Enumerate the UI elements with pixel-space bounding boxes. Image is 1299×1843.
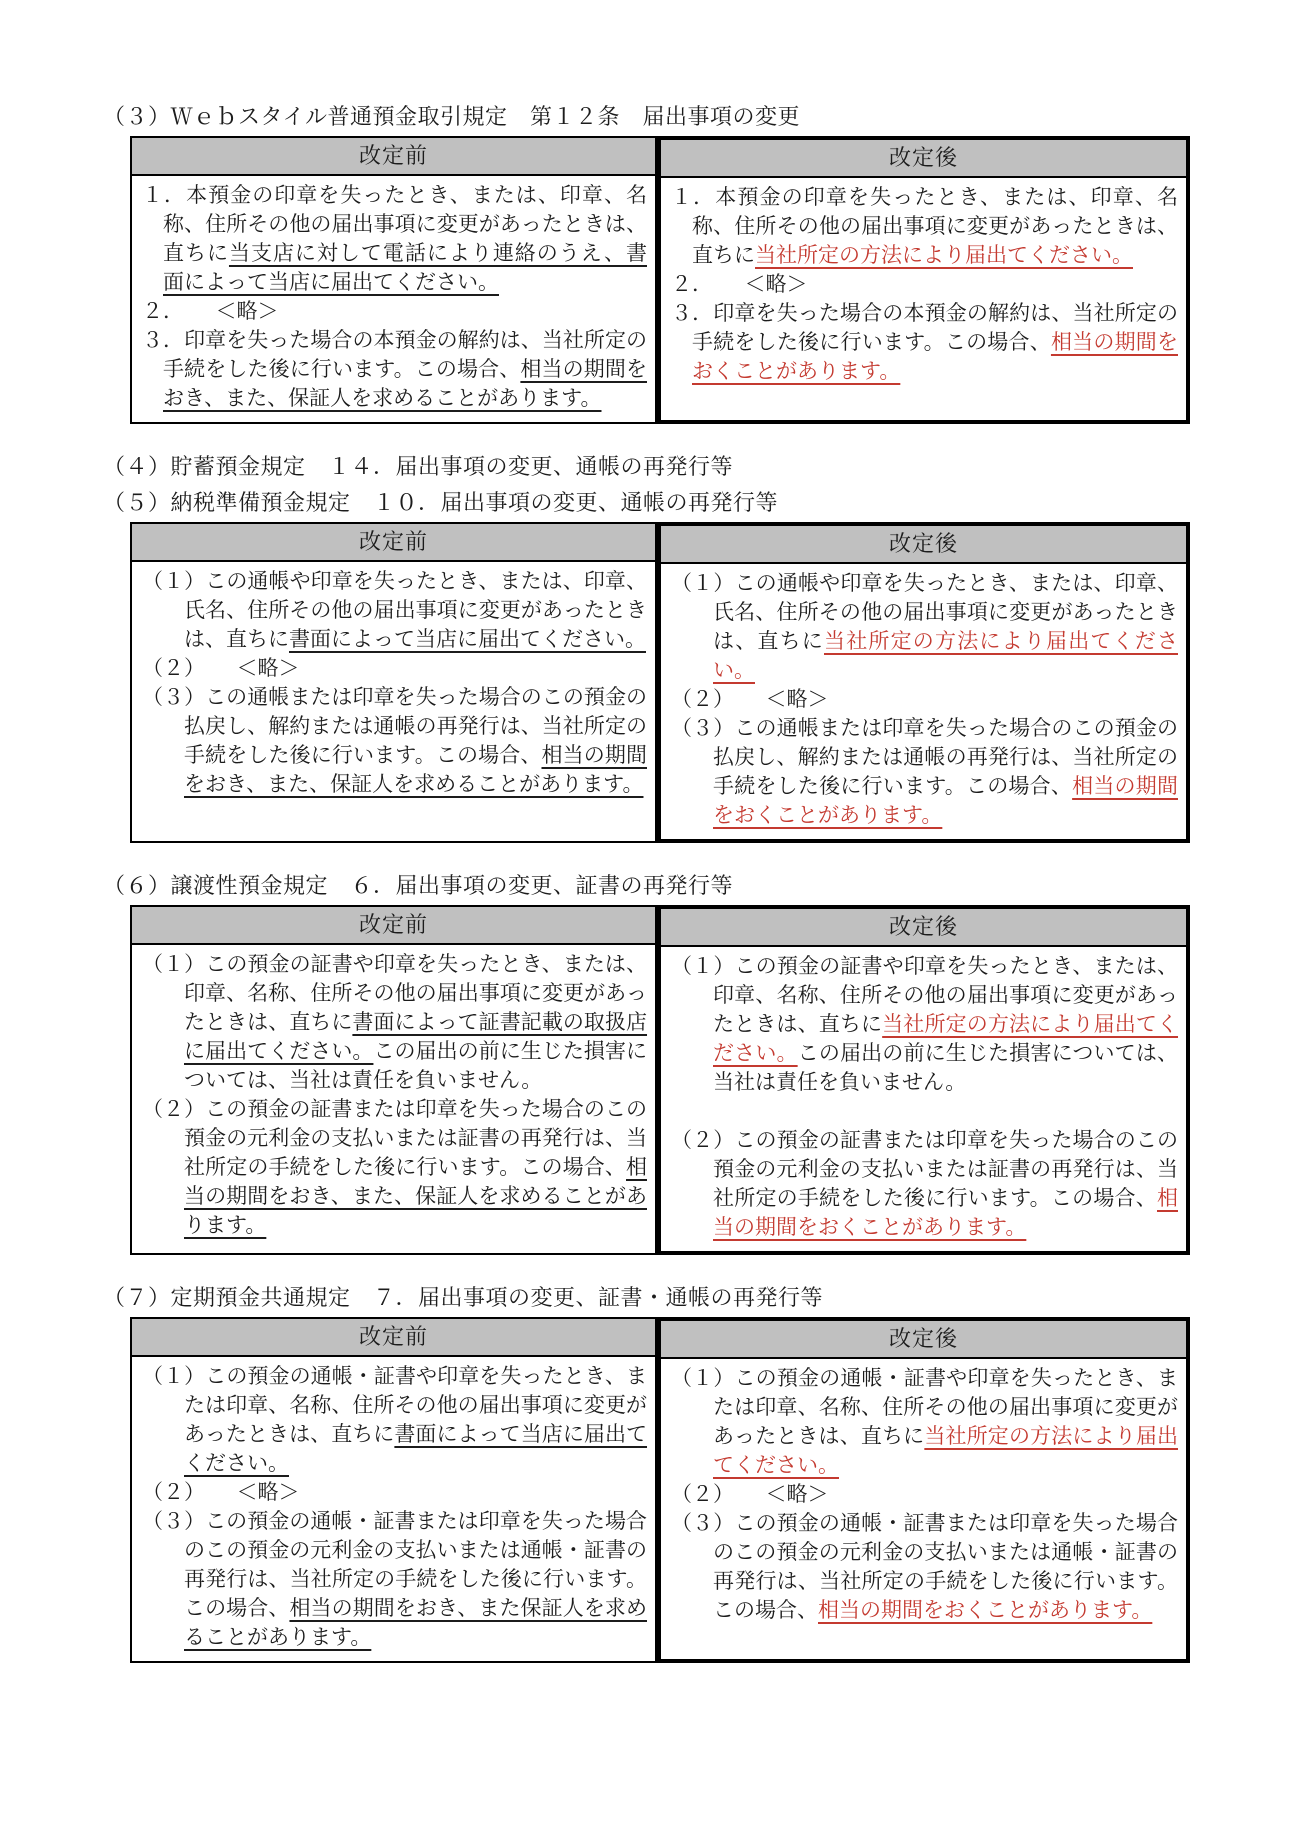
document-page: （３）Ｗｅｂスタイル普通預金取引規定 第１２条 届出事項の変更改定前１．本預金の… bbox=[0, 0, 1299, 1663]
column-body-before: １．本預金の印章を失ったとき、または、印章、名称、住所その他の届出事項に変更があ… bbox=[132, 176, 655, 422]
item-number: （２） bbox=[142, 656, 195, 680]
item-number: （１） bbox=[142, 1364, 205, 1388]
revised-text: 相当の期間をおくことがあります。 bbox=[818, 1598, 1152, 1622]
column-after: 改定後１．本預金の印章を失ったとき、または、印章、名称、住所その他の届出事項に変… bbox=[657, 136, 1190, 424]
plain-text: この預金の証書または印章を失った場合のこの預金の元利金の支払いまたは証書の再発行… bbox=[713, 1128, 1178, 1210]
revision-item: （２） ＜略＞ bbox=[671, 685, 1178, 714]
column-body-after: １．本預金の印章を失ったとき、または、印章、名称、住所その他の届出事項に変更があ… bbox=[661, 178, 1186, 395]
original-underlined-text: 当支店に対して電話により連絡のうえ、書面によって当店に届出てください。 bbox=[163, 241, 647, 294]
column-after: 改定後（１）この預金の証書や印章を失ったとき、または、印章、名称、住所その他の届… bbox=[657, 905, 1190, 1255]
item-number: （１） bbox=[671, 571, 735, 595]
revised-text: 当社所定の方法により届出てください。 bbox=[755, 243, 1133, 267]
revision-item: （３）この通帳または印章を失った場合のこの預金の払戻し、解約または通帳の再発行は… bbox=[142, 683, 647, 799]
column-body-after: （１）この通帳や印章を失ったとき、または、印章、氏名、住所その他の届出事項に変更… bbox=[661, 564, 1186, 839]
revision-item: （１）この預金の通帳・証書や印章を失ったとき、または印章、名称、住所その他の届出… bbox=[671, 1364, 1178, 1480]
section-heading: （７）定期預金共通規定 ７．届出事項の変更、証書・通帳の再発行等 bbox=[103, 1281, 1239, 1314]
column-header-after: 改定後 bbox=[661, 140, 1186, 178]
column-header-before: 改定前 bbox=[132, 1319, 655, 1357]
plain-text: この預金の証書または印章を失った場合のこの預金の元利金の支払いまたは証書の再発行… bbox=[184, 1097, 647, 1179]
item-number: （１） bbox=[671, 954, 735, 978]
column-before: 改定前（１）この通帳や印章を失ったとき、または、印章、氏名、住所その他の届出事項… bbox=[130, 522, 657, 843]
revision-item: （３）この通帳または印章を失った場合のこの預金の払戻し、解約または通帳の再発行は… bbox=[671, 714, 1178, 830]
item-number: （３） bbox=[142, 1509, 205, 1533]
revision-item: １．本預金の印章を失ったとき、または、印章、名称、住所その他の届出事項に変更があ… bbox=[671, 183, 1178, 270]
column-header-after: 改定後 bbox=[661, 909, 1186, 947]
column-before: 改定前（１）この預金の通帳・証書や印章を失ったとき、または印章、名称、住所その他… bbox=[130, 1317, 657, 1663]
revision-item: （２）この預金の証書または印章を失った場合のこの預金の元利金の支払いまたは証書の… bbox=[142, 1095, 647, 1240]
revision-item: ３．印章を失った場合の本預金の解約は、当社所定の手続をした後に行います。この場合… bbox=[142, 326, 647, 413]
document-body: （３）Ｗｅｂスタイル普通預金取引規定 第１２条 届出事項の変更改定前１．本預金の… bbox=[0, 100, 1299, 1663]
column-body-before: （１）この通帳や印章を失ったとき、または、印章、氏名、住所その他の届出事項に変更… bbox=[132, 562, 655, 808]
plain-text: ＜略＞ bbox=[195, 656, 300, 680]
column-header-before: 改定前 bbox=[132, 138, 655, 176]
item-number: （３） bbox=[142, 685, 205, 709]
revision-table: 改定前（１）この預金の証書や印章を失ったとき、または、印章、名称、住所その他の届… bbox=[130, 905, 1190, 1255]
item-number: （２） bbox=[671, 1482, 724, 1506]
revision-item: ２． ＜略＞ bbox=[142, 297, 647, 326]
revision-item: （１）この預金の証書や印章を失ったとき、または、印章、名称、住所その他の届出事項… bbox=[671, 952, 1178, 1097]
revision-item: （１）この預金の通帳・証書や印章を失ったとき、または印章、名称、住所その他の届出… bbox=[142, 1362, 647, 1478]
revision-item: （２）この預金の証書または印章を失った場合のこの預金の元利金の支払いまたは証書の… bbox=[671, 1126, 1178, 1242]
column-before: 改定前１．本預金の印章を失ったとき、または、印章、名称、住所その他の届出事項に変… bbox=[130, 136, 657, 424]
column-header-before: 改定前 bbox=[132, 524, 655, 562]
revision-item: （１）この通帳や印章を失ったとき、または、印章、氏名、住所その他の届出事項に変更… bbox=[142, 567, 647, 654]
column-body-after: （１）この預金の証書や印章を失ったとき、または、印章、名称、住所その他の届出事項… bbox=[661, 947, 1186, 1251]
revision-item: （３）この預金の通帳・証書または印章を失った場合のこの預金の元利金の支払いまたは… bbox=[671, 1509, 1178, 1625]
original-underlined-text: 書面によって当店に届出てください。 bbox=[289, 627, 646, 651]
plain-text: ＜略＞ bbox=[174, 299, 279, 323]
column-header-after: 改定後 bbox=[661, 1321, 1186, 1359]
column-body-after: （１）この預金の通帳・証書や印章を失ったとき、または印章、名称、住所その他の届出… bbox=[661, 1359, 1186, 1634]
revision-table: 改定前１．本預金の印章を失ったとき、または、印章、名称、住所その他の届出事項に変… bbox=[130, 136, 1190, 424]
item-number: １． bbox=[671, 185, 715, 209]
item-number: （３） bbox=[671, 716, 734, 740]
revision-item: （１）この通帳や印章を失ったとき、または、印章、氏名、住所その他の届出事項に変更… bbox=[671, 569, 1178, 685]
item-number: （２） bbox=[671, 1128, 734, 1152]
item-number: （１） bbox=[142, 952, 205, 976]
column-header-after: 改定後 bbox=[661, 526, 1186, 564]
section-heading: （６）譲渡性預金規定 ６．届出事項の変更、証書の再発行等 bbox=[103, 869, 1239, 902]
revision-item: （３）この預金の通帳・証書または印章を失った場合のこの預金の元利金の支払いまたは… bbox=[142, 1507, 647, 1652]
column-after: 改定後（１）この預金の通帳・証書や印章を失ったとき、または印章、名称、住所その他… bbox=[657, 1317, 1190, 1663]
item-number: （２） bbox=[142, 1097, 205, 1121]
revision-table: 改定前（１）この預金の通帳・証書や印章を失ったとき、または印章、名称、住所その他… bbox=[130, 1317, 1190, 1663]
item-number: （１） bbox=[142, 569, 205, 593]
section-heading: （４）貯蓄預金規定 １４．届出事項の変更、通帳の再発行等 bbox=[103, 450, 1239, 483]
revision-table: 改定前（１）この通帳や印章を失ったとき、または、印章、氏名、住所その他の届出事項… bbox=[130, 522, 1190, 843]
item-number: ２． bbox=[142, 299, 174, 323]
section-heading: （３）Ｗｅｂスタイル普通預金取引規定 第１２条 届出事項の変更 bbox=[103, 100, 1239, 133]
column-before: 改定前（１）この預金の証書や印章を失ったとき、または、印章、名称、住所その他の届… bbox=[130, 905, 657, 1255]
revision-item: ３．印章を失った場合の本預金の解約は、当社所定の手続をした後に行います。この場合… bbox=[671, 299, 1178, 386]
item-number: （２） bbox=[671, 687, 724, 711]
column-body-before: （１）この預金の通帳・証書や印章を失ったとき、または印章、名称、住所その他の届出… bbox=[132, 1357, 655, 1661]
plain-text: ＜略＞ bbox=[724, 1482, 829, 1506]
revision-item: （２） ＜略＞ bbox=[142, 1478, 647, 1507]
column-after: 改定後（１）この通帳や印章を失ったとき、または、印章、氏名、住所その他の届出事項… bbox=[657, 522, 1190, 843]
plain-text: ＜略＞ bbox=[195, 1480, 300, 1504]
revision-item: １．本預金の印章を失ったとき、または、印章、名称、住所その他の届出事項に変更があ… bbox=[142, 181, 647, 297]
revision-item: （１）この預金の証書や印章を失ったとき、または、印章、名称、住所その他の届出事項… bbox=[142, 950, 647, 1095]
plain-text: ＜略＞ bbox=[724, 687, 829, 711]
item-number: １． bbox=[142, 183, 186, 207]
item-number: ３． bbox=[142, 328, 184, 352]
item-number: ２． bbox=[671, 272, 703, 296]
column-body-before: （１）この預金の証書や印章を失ったとき、または、印章、名称、住所その他の届出事項… bbox=[132, 945, 655, 1249]
revision-item: （２） ＜略＞ bbox=[671, 1480, 1178, 1509]
item-number: ３． bbox=[671, 301, 713, 325]
item-number: （１） bbox=[671, 1366, 735, 1390]
item-number: （２） bbox=[142, 1480, 195, 1504]
column-header-before: 改定前 bbox=[132, 907, 655, 945]
item-number: （３） bbox=[671, 1511, 734, 1535]
revision-item: ２． ＜略＞ bbox=[671, 270, 1178, 299]
section-heading: （５）納税準備預金規定 １０．届出事項の変更、通帳の再発行等 bbox=[103, 486, 1239, 519]
revision-item: （２） ＜略＞ bbox=[142, 654, 647, 683]
plain-text: ＜略＞ bbox=[703, 272, 808, 296]
